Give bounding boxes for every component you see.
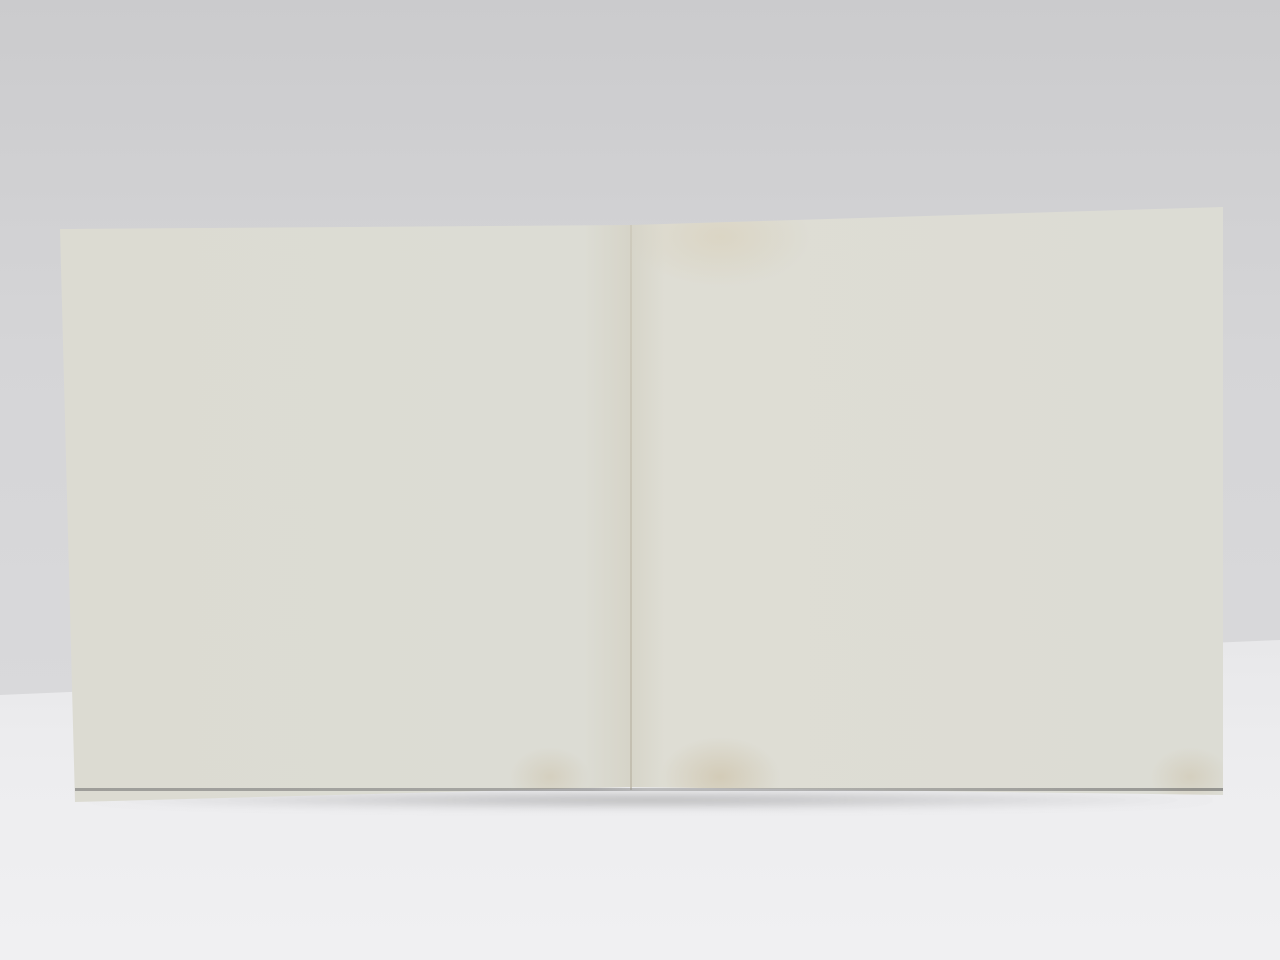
photo-scene [0, 0, 1280, 960]
blank-folded-card [60, 207, 1223, 802]
card-bottom-edge [75, 788, 1223, 791]
card-fold-crease [630, 225, 632, 790]
